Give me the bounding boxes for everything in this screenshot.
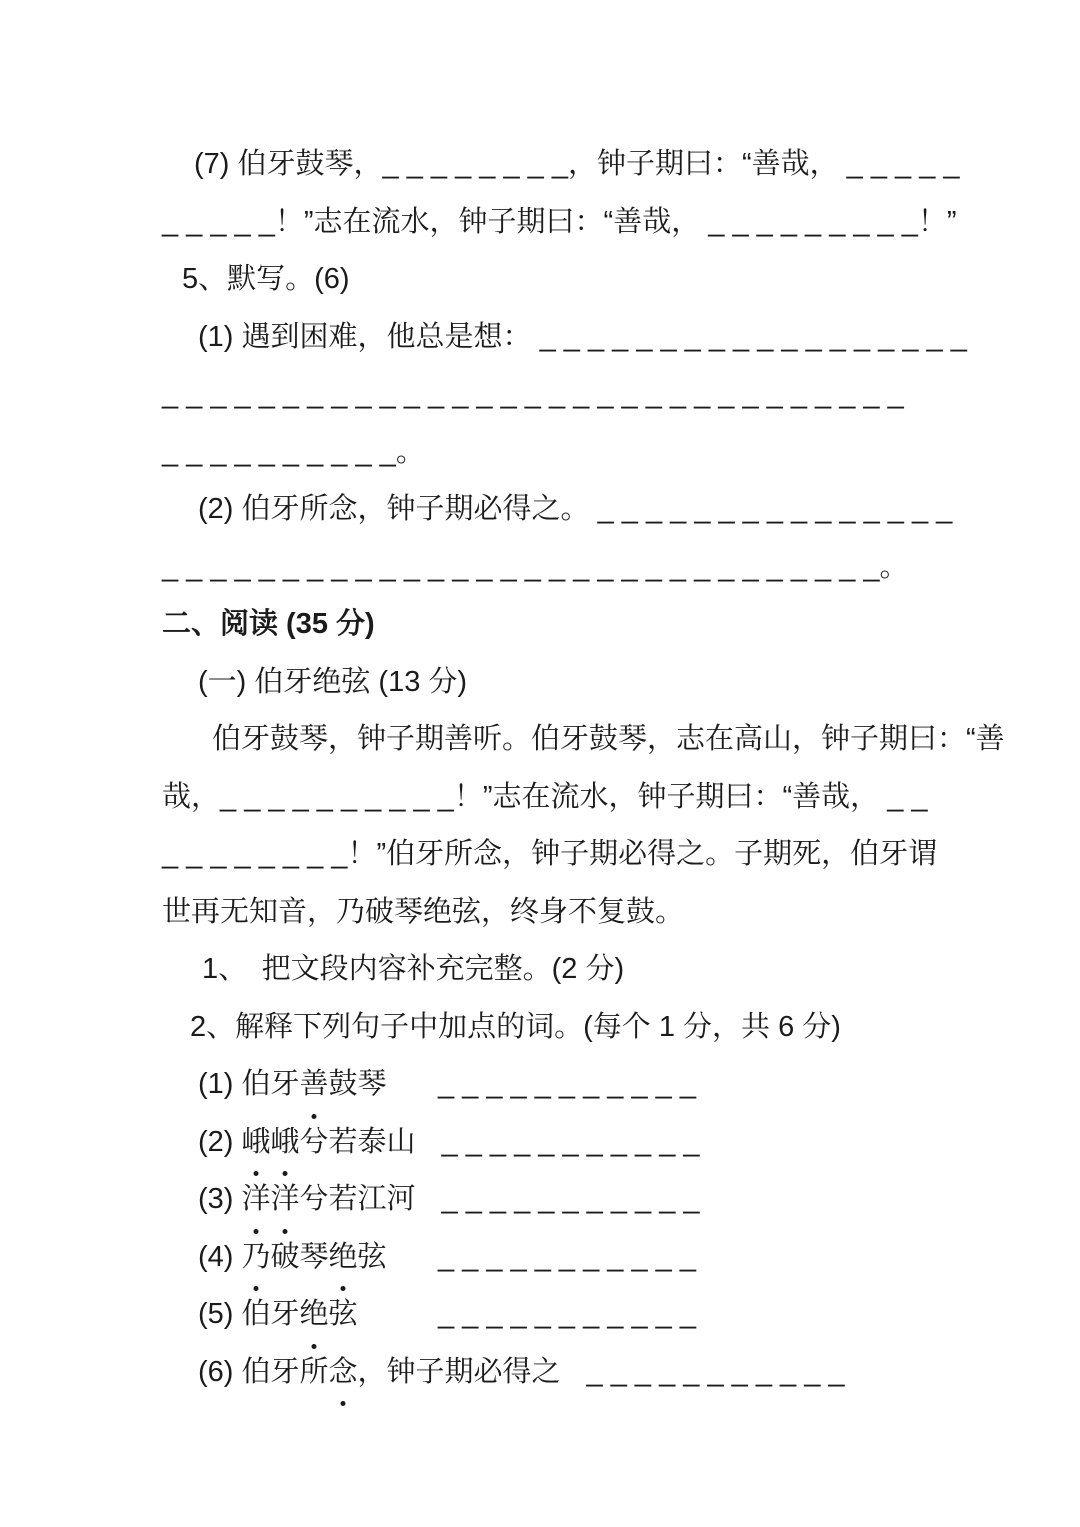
emphasized-char: 洋 (271, 1171, 300, 1229)
q2-item2: (2) 峨峨兮若泰山_ _ _ _ _ _ _ _ _ _ _ (162, 1114, 940, 1172)
text-segment: 弦 (329, 1298, 358, 1330)
section2-reading-header: 二、阅读 (35 分) (162, 596, 940, 654)
text-segment: ，钟子期必得之 (358, 1356, 561, 1388)
text-segment: ！” (918, 206, 957, 238)
item-label: (5) 伯牙绝弦 (198, 1286, 412, 1344)
answer-blank: _ _ _ _ _ _ _ _ _ _ _ (442, 1126, 700, 1158)
text-segment: (6) 伯牙所 (198, 1356, 329, 1388)
emphasized-char: 峨 (242, 1114, 271, 1172)
text-segment: 鼓琴 (329, 1068, 387, 1100)
text-segment: (1) 伯牙 (198, 1068, 300, 1100)
text-segment: 兮若江河 (300, 1183, 416, 1215)
item-label: (4) 乃破琴绝弦 (198, 1229, 412, 1287)
q2-item6: (6) 伯牙所念，钟子期必得之_ _ _ _ _ _ _ _ _ _ _ (162, 1344, 940, 1402)
answer-blank: _ _ _ _ _ _ _ _ _ _ _ (438, 1298, 696, 1330)
q2-item4: (4) 乃破琴绝弦_ _ _ _ _ _ _ _ _ _ _ (162, 1229, 940, 1287)
text-segment: (7) 伯牙鼓琴， (194, 148, 383, 180)
text-segment: 伯牙鼓琴，钟子期善听。伯牙鼓琴，志在高山，钟子期曰：“善 (212, 723, 1005, 755)
passage-title: (一) 伯牙绝弦 (13 分) (162, 654, 940, 712)
reading-q1: 1、 把文段内容补充完整。(2 分) (162, 941, 940, 999)
answer-blank: _ _ _ _ _ _ _ _ _ _ (162, 436, 396, 468)
q5-dictation-header: 5、默写。(6) (162, 251, 940, 309)
emphasized-char: 绝 (329, 1229, 358, 1287)
answer-blank: _ _ (879, 781, 927, 813)
item-label: (2) 峨峨兮若泰山 (198, 1114, 416, 1172)
text-segment: 5、默写。(6) (182, 263, 350, 295)
answer-blank: _ _ _ _ _ _ _ _ _ _ _ (587, 1356, 845, 1388)
item-label: (1) 伯牙善鼓琴 (198, 1056, 412, 1114)
q5-item1-line1: (1) 遇到困难，他总是想： _ _ _ _ _ _ _ _ _ _ _ _ _… (162, 309, 940, 367)
q7-fill-blank-line1: (7) 伯牙鼓琴，_ _ _ _ _ _ _ _，钟子期曰：“善哉， _ _ _… (162, 136, 940, 194)
answer-blank: _ _ _ _ _ _ _ _ _ _ _ _ _ _ _ _ _ _ _ _ … (162, 378, 904, 410)
emphasized-char: 善 (300, 1056, 329, 1114)
q5-item2-line2: _ _ _ _ _ _ _ _ _ _ _ _ _ _ _ _ _ _ _ _ … (162, 539, 940, 597)
text-segment: 1、 把文段内容补充完整。(2 分) (202, 953, 624, 985)
emphasized-char: 洋 (242, 1171, 271, 1229)
text-segment: 二、阅读 (35 分) (162, 608, 375, 640)
q7-fill-blank-line2: _ _ _ _ _！”志在流水，钟子期曰：“善哉， _ _ _ _ _ _ _ … (162, 194, 940, 252)
item-label: (3) 洋洋兮若江河 (198, 1171, 416, 1229)
emphasized-char: 峨 (271, 1114, 300, 1172)
q2-item3: (3) 洋洋兮若江河_ _ _ _ _ _ _ _ _ _ _ (162, 1171, 940, 1229)
answer-blank: _ _ _ _ _ _ _ _ _ (700, 206, 918, 238)
q5-item1-line3: _ _ _ _ _ _ _ _ _ _。 (162, 424, 940, 482)
answer-blank: _ _ _ _ _ _ _ _ (383, 148, 568, 180)
item-label: (6) 伯牙所念，钟子期必得之 (198, 1344, 561, 1402)
answer-blank: _ _ _ _ _ _ _ _ _ _ _ _ _ _ _ _ _ _ _ _ … (162, 551, 880, 583)
q5-item2-line1: (2) 伯牙所念，钟子期必得之。 _ _ _ _ _ _ _ _ _ _ _ _… (162, 481, 940, 539)
text-segment: ，钟子期曰：“善哉， (568, 148, 839, 180)
reading-q2: 2、解释下列句子中加点的词。(每个 1 分，共 6 分) (162, 999, 940, 1057)
passage-line2: 哉，_ _ _ _ _ _ _ _ _ _！”志在流水，钟子期曰：“善哉， _ … (162, 769, 940, 827)
passage-line3: _ _ _ _ _ _ _ _！”伯牙所念，钟子期必得之。子期死，伯牙谓 (162, 826, 940, 884)
text-segment: 兮若泰山 (300, 1126, 416, 1158)
emphasized-char: 念 (329, 1344, 358, 1402)
text-segment: (5) 伯牙 (198, 1298, 300, 1330)
emphasized-char: 绝 (300, 1286, 329, 1344)
answer-blank: _ _ _ _ _ _ _ _ _ _ _ (438, 1241, 696, 1273)
passage-line4: 世再无知音，乃破琴绝弦，终身不复鼓。 (162, 884, 940, 942)
q5-item1-line2: _ _ _ _ _ _ _ _ _ _ _ _ _ _ _ _ _ _ _ _ … (162, 366, 940, 424)
text-segment: ！”志在流水，钟子期曰：“善哉， (454, 781, 879, 813)
answer-blank: _ _ _ _ _ _ _ _ (162, 838, 347, 870)
q2-item5: (5) 伯牙绝弦_ _ _ _ _ _ _ _ _ _ _ (162, 1286, 940, 1344)
text-segment: 2、解释下列句子中加点的词。(每个 1 分，共 6 分) (190, 1011, 841, 1043)
text-segment: (1) 遇到困难，他总是想： (198, 321, 532, 353)
answer-blank: _ _ _ _ _ (162, 206, 275, 238)
text-segment: 。 (880, 551, 909, 583)
answer-blank: _ _ _ _ _ _ _ _ _ _ _ _ _ _ _ (590, 493, 953, 525)
text-segment: ！”志在流水，钟子期曰：“善哉， (275, 206, 700, 238)
text-segment: (2) (198, 1126, 242, 1158)
emphasized-char: 乃 (242, 1229, 271, 1287)
answer-blank: _ _ _ _ _ _ _ _ _ _ (220, 781, 454, 813)
answer-blank: _ _ _ _ _ _ _ _ _ _ _ _ _ _ _ _ _ _ (532, 321, 967, 353)
answer-blank: _ _ _ _ _ (839, 148, 960, 180)
text-segment: ！”伯牙所念，钟子期必得之。子期死，伯牙谓 (347, 838, 937, 870)
passage-line1: 伯牙鼓琴，钟子期善听。伯牙鼓琴，志在高山，钟子期曰：“善 (162, 711, 940, 769)
q2-item1: (1) 伯牙善鼓琴_ _ _ _ _ _ _ _ _ _ _ (162, 1056, 940, 1114)
answer-blank: _ _ _ _ _ _ _ _ _ _ _ (442, 1183, 700, 1215)
text-segment: 破琴 (271, 1241, 329, 1273)
text-segment: (3) (198, 1183, 242, 1215)
document-body: (7) 伯牙鼓琴，_ _ _ _ _ _ _ _，钟子期曰：“善哉， _ _ _… (162, 136, 940, 1401)
text-segment: 弦 (358, 1241, 387, 1273)
exam-paper-page: (7) 伯牙鼓琴，_ _ _ _ _ _ _ _，钟子期曰：“善哉， _ _ _… (0, 0, 1080, 1527)
text-segment: 哉， (162, 781, 220, 813)
text-segment: (2) 伯牙所念，钟子期必得之。 (198, 493, 590, 525)
text-segment: (4) (198, 1241, 242, 1273)
answer-blank: _ _ _ _ _ _ _ _ _ _ _ (438, 1068, 696, 1100)
text-segment: (一) 伯牙绝弦 (13 分) (198, 666, 467, 698)
text-segment: 世再无知音，乃破琴绝弦，终身不复鼓。 (162, 896, 684, 928)
text-segment: 。 (396, 436, 425, 468)
